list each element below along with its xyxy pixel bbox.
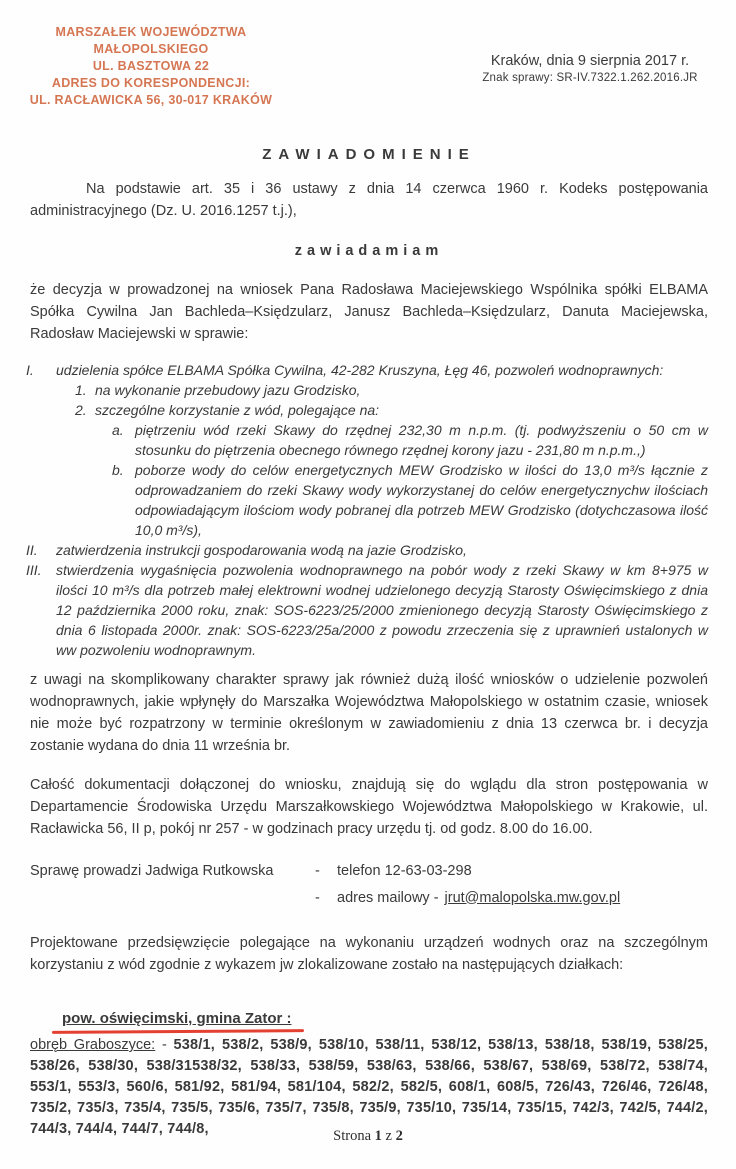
dash: - <box>315 858 337 885</box>
contact-phone: telefon 12-63-03-298 <box>337 858 472 885</box>
parcel-numbers-paragraph: obręb Graboszyce: - 538/1, 538/2, 538/9,… <box>30 1035 708 1140</box>
case-description-paragraph: że decyzja w prowadzonej na wniosek Pana… <box>30 279 708 345</box>
page-label: Strona <box>333 1128 371 1144</box>
contact-email-link[interactable]: jrut@malopolska.mw.gov.pl <box>445 885 621 912</box>
list-item-text: szczególne korzystanie z wód, polegające… <box>95 402 379 418</box>
project-location-paragraph: Projektowane przedsięwzięcie polegające … <box>30 932 708 976</box>
list-marker: 2. <box>75 400 95 420</box>
page-total: 2 <box>396 1128 403 1144</box>
legal-basis-paragraph: Na podstawie art. 35 i 36 ustawy z dnia … <box>30 178 708 222</box>
contact-email-line: - adres mailowy - jrut@malopolska.mw.gov… <box>30 885 708 912</box>
county-heading-wrap: pow. oświęcimski, gmina Zator : <box>58 1010 296 1028</box>
dash: - <box>162 1037 167 1053</box>
document-body: ZAWIADOMIENIE Na podstawie art. 35 i 36 … <box>30 146 708 1155</box>
list-item-text: piętrzeniu wód rzeki Skawy do rzędnej 23… <box>135 422 708 458</box>
list-marker: II. <box>26 540 56 560</box>
case-handler-name: Sprawę prowadzi Jadwiga Rutkowska <box>30 858 315 885</box>
list-item-text: poborze wody do celów energetycznych MEW… <box>135 462 708 538</box>
list-item-text: na wykonanie przebudowy jazu Grodzisko, <box>95 382 360 398</box>
delay-explanation-paragraph: z uwagi na skomplikowany charakter spraw… <box>30 669 708 757</box>
spacer <box>30 885 315 912</box>
contact-block: Sprawę prowadzi Jadwiga Rutkowska - tele… <box>30 858 708 912</box>
document-title: ZAWIADOMIENIE <box>30 146 708 163</box>
stamp-line-correspondence: ADRES DO KORESPONDENCJI: <box>13 75 289 92</box>
stamp-line-street: UL. BASZTOWA 22 <box>13 58 289 75</box>
list-item-text: udzielenia spółce ELBAMA Spółka Cywilna,… <box>56 362 663 378</box>
date-and-case-block: Kraków, dnia 9 sierpnia 2017 r. Znak spr… <box>456 53 724 84</box>
list-item-a: a.piętrzeniu wód rzeki Skawy do rzędnej … <box>30 420 708 460</box>
list-marker: b. <box>112 460 135 480</box>
list-item-III: III.stwierdzenia wygaśnięcia pozwolenia … <box>30 560 708 660</box>
page-separator: z <box>386 1128 392 1144</box>
list-marker: a. <box>112 420 135 440</box>
contact-email-label: adres mailowy - <box>337 885 439 912</box>
list-item-b: b.poborze wody do celów energetycznych M… <box>30 460 708 540</box>
scanned-notice-page: MARSZAŁEK WOJEWÓDZTWA MAŁOPOLSKIEGO UL. … <box>0 0 736 1169</box>
list-marker: I. <box>26 360 56 380</box>
red-pen-underline <box>52 1029 304 1034</box>
list-item-2: 2.szczególne korzystanie z wód, polegają… <box>30 400 708 420</box>
list-item-II: II.zatwierdzenia instrukcji gospodarowan… <box>30 540 708 560</box>
stamp-line-authority: MARSZAŁEK WOJEWÓDZTWA MAŁOPOLSKIEGO <box>13 24 289 58</box>
stamp-line-postal: UL. RACŁAWICKA 56, 30-017 KRAKÓW <box>13 92 289 109</box>
list-item-I: I.udzielenia spółce ELBAMA Spółka Cywiln… <box>30 360 708 380</box>
page-number-footer: Strona 1 z 2 <box>0 1128 736 1145</box>
contact-phone-line: Sprawę prowadzi Jadwiga Rutkowska - tele… <box>30 858 708 885</box>
place-date: Kraków, dnia 9 sierpnia 2017 r. <box>456 53 724 69</box>
county-municipality-heading: pow. oświęcimski, gmina Zator : <box>58 1010 296 1027</box>
district-label: obręb Graboszyce: <box>30 1037 155 1053</box>
case-number: Znak sprawy: SR-IV.7322.1.262.2016.JR <box>456 72 724 84</box>
page-current: 1 <box>375 1128 382 1144</box>
documentation-access-paragraph: Całość dokumentacji dołączonej do wniosk… <box>30 774 708 840</box>
list-item-text: stwierdzenia wygaśnięcia pozwolenia wodn… <box>56 562 708 658</box>
dash: - <box>315 885 337 912</box>
list-item-1: 1.na wykonanie przebudowy jazu Grodzisko… <box>30 380 708 400</box>
notice-keyword: zawiadamiam <box>30 243 708 259</box>
list-marker: III. <box>26 560 56 580</box>
list-item-text: zatwierdzenia instrukcji gospodarowania … <box>56 542 467 558</box>
decision-items-list: I.udzielenia spółce ELBAMA Spółka Cywiln… <box>30 360 708 660</box>
sender-address-stamp: MARSZAŁEK WOJEWÓDZTWA MAŁOPOLSKIEGO UL. … <box>13 24 289 109</box>
list-marker: 1. <box>75 380 95 400</box>
